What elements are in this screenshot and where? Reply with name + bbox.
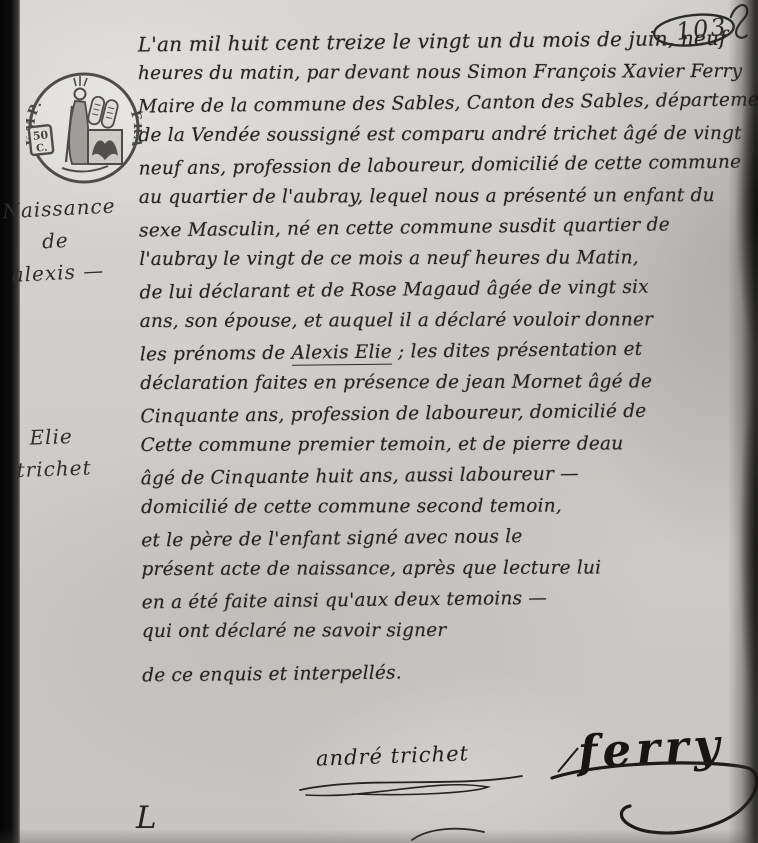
margin-note-naissance: Naissancedealexis — xyxy=(2,189,135,292)
act-text-line: sexe Masculin, né en cette commune susdi… xyxy=(139,209,745,247)
act-body-text: L'an mil huit cent treize le vingt un du… xyxy=(138,24,749,690)
stamp-value-box: 50 C. xyxy=(29,125,54,155)
signature-trichet-flourish-icon xyxy=(292,770,532,800)
act-text-line: de lui déclarant et de Rose Magaud âgée … xyxy=(139,271,745,309)
page-edge-shadow xyxy=(728,0,758,843)
margin-note-name: Elietrichet xyxy=(15,418,137,486)
child-given-names: Alexis Elie xyxy=(291,342,392,366)
stamp-value-line1: 50 xyxy=(32,128,49,143)
act-text-line: neuf ans, profession de laboureur, domic… xyxy=(139,147,745,185)
margin-note-line: trichet xyxy=(16,450,137,486)
act-text-line: et le père de l'enfant signé avec nous l… xyxy=(141,519,747,557)
revenue-stamp-icon: EMP. FRAN. 50 xyxy=(26,64,142,192)
act-text-line: en a été faite ainsi qu'aux deux temoins… xyxy=(142,581,748,619)
act-text-line: l'aubray le vingt de ce mois a neuf heur… xyxy=(139,242,745,275)
act-text-line: âgé de Cinquante huit ans, aussi laboure… xyxy=(141,457,747,495)
act-text-line: déclaration faites en présence de jean M… xyxy=(140,366,746,399)
act-text-line: de ce enquis et interpellés. xyxy=(142,654,748,692)
act-text-line: ans, son épouse, et auquel il a déclaré … xyxy=(140,304,746,337)
act-text-line: au quartier de l'aubray, lequel nous a p… xyxy=(139,180,745,213)
margin-note-line: Naissance xyxy=(2,189,131,228)
act-text-line: présent acte de naissance, après que lec… xyxy=(141,552,747,585)
act-text-line: domicilié de cette commune second temoin… xyxy=(141,490,747,523)
act-text-line: Maire de la commune des Sables, Canton d… xyxy=(138,85,744,123)
register-page-scan: 103 EMP. FRAN. xyxy=(0,0,758,843)
revenue-stamp: EMP. FRAN. 50 xyxy=(26,64,142,192)
act-text-line: L'an mil huit cent treize le vingt un du… xyxy=(138,23,744,61)
signature-ferry-flourish-icon xyxy=(548,742,758,842)
bottom-shadow xyxy=(0,829,758,843)
act-text-line: heures du matin, par devant nous Simon F… xyxy=(138,56,744,89)
stamp-value-line2: C. xyxy=(36,142,48,154)
act-text-line: Cinquante ans, profession de laboureur, … xyxy=(140,395,746,433)
act-text-line: de la Vendée soussigné est comparu andré… xyxy=(138,118,744,151)
act-text-line: qui ont déclaré ne savoir signer xyxy=(142,614,748,647)
act-text-line: les prénoms de Alexis Elie ; les dites p… xyxy=(140,333,746,371)
stamp-eagle-shield xyxy=(88,130,122,164)
act-text-line: Cette commune premier temoin, et de pier… xyxy=(141,428,747,461)
margin-note-line: alexis — xyxy=(5,253,134,292)
margin-note-line: Elie xyxy=(15,418,136,454)
